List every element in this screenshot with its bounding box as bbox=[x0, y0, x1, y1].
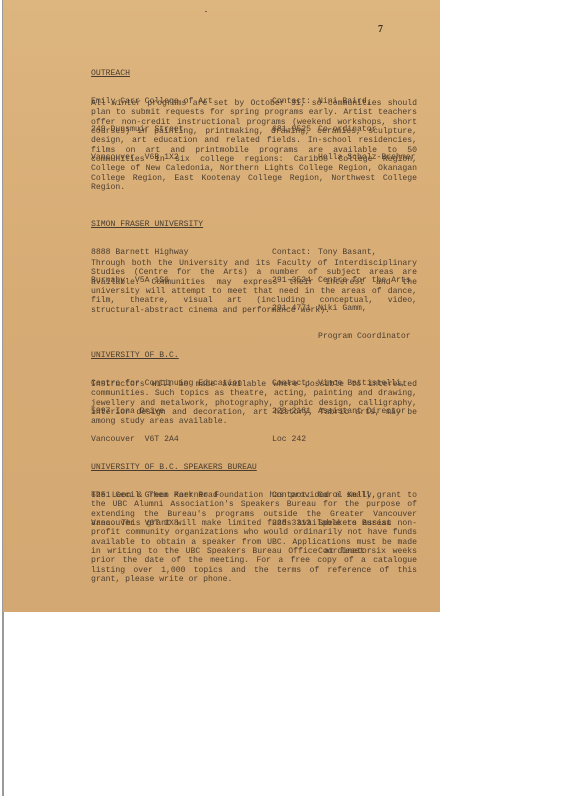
phone-extension: Loc 242 bbox=[272, 435, 318, 444]
section-body: The Leon & Thea Koerner Foundation has p… bbox=[91, 491, 417, 584]
address-line: Vancouver V6T 2A4 bbox=[91, 435, 272, 444]
section-heading: OUTREACH bbox=[91, 69, 130, 78]
section-body: All winter programs are set by October 3… bbox=[91, 99, 417, 192]
address-line: 8888 Barnett Highway bbox=[91, 248, 272, 257]
contact-label: Contact: bbox=[272, 248, 318, 257]
section-body: Instructors will be made available where… bbox=[91, 380, 417, 427]
paper-speck bbox=[205, 11, 207, 12]
contact-name: Tony Basant, bbox=[318, 248, 377, 257]
contact-row: Vancouver V6T 2A4Loc 242 bbox=[91, 435, 406, 444]
contact-row: 8888 Barnett HighwayContact:Tony Basant, bbox=[91, 248, 411, 257]
page-number: 7 bbox=[378, 24, 383, 35]
section-heading: UNIVERSITY OF B.C. SPEAKERS BUREAU bbox=[91, 463, 257, 472]
section-body: Through both the University and its Facu… bbox=[91, 259, 417, 315]
section-heading: UNIVERSITY OF B.C. bbox=[91, 351, 179, 360]
section-heading: SIMON FRASER UNIVERSITY bbox=[91, 220, 203, 229]
